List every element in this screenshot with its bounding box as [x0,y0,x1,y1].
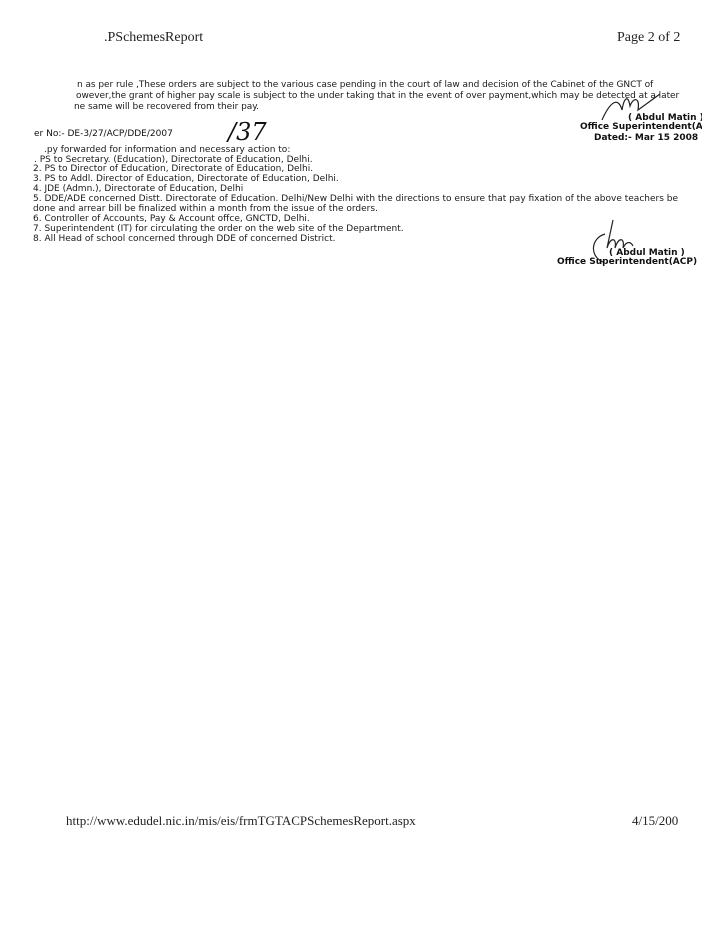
list-item: 8. All Head of school concerned through … [33,234,335,244]
body-line: n as per rule ,These orders are subject … [77,80,653,90]
order-number: er No:- DE-3/27/ACP/DDE/2007 [34,129,173,139]
body-line: owever,the grant of higher pay scale is … [76,91,679,101]
report-title: .PSchemesReport [104,30,203,46]
signatory-title: Office Superintendent(ACP) [557,257,697,267]
print-date: 4/15/200 [632,813,678,829]
page-url: http://www.edudel.nic.in/mis/eis/frmTGTA… [66,813,416,829]
copy-intro: .py forwarded for information and necess… [44,145,290,155]
list-item: 6. Controller of Accounts, Pay & Account… [33,214,310,224]
body-line: ne same will be recovered from their pay… [74,102,259,112]
page-indicator: Page 2 of 2 [617,30,680,46]
list-item: 2. PS to Director of Education, Director… [33,164,313,174]
list-item: 3. PS to Addl. Director of Education, Di… [33,174,339,184]
list-item: 4. JDE (Admn.), Directorate of Education… [33,184,243,194]
handwritten-number: /37 [228,118,267,146]
list-item: 5. DDE/ADE concerned Distt. Directorate … [33,194,678,204]
list-item: 7. Superintendent (IT) for circulating t… [33,224,404,234]
list-item: done and arrear bill be finalized within… [33,204,378,214]
signatory-title: Office Superintendent(ACP) [580,122,702,132]
order-date: Dated:- Mar 15 2008 [594,133,698,143]
